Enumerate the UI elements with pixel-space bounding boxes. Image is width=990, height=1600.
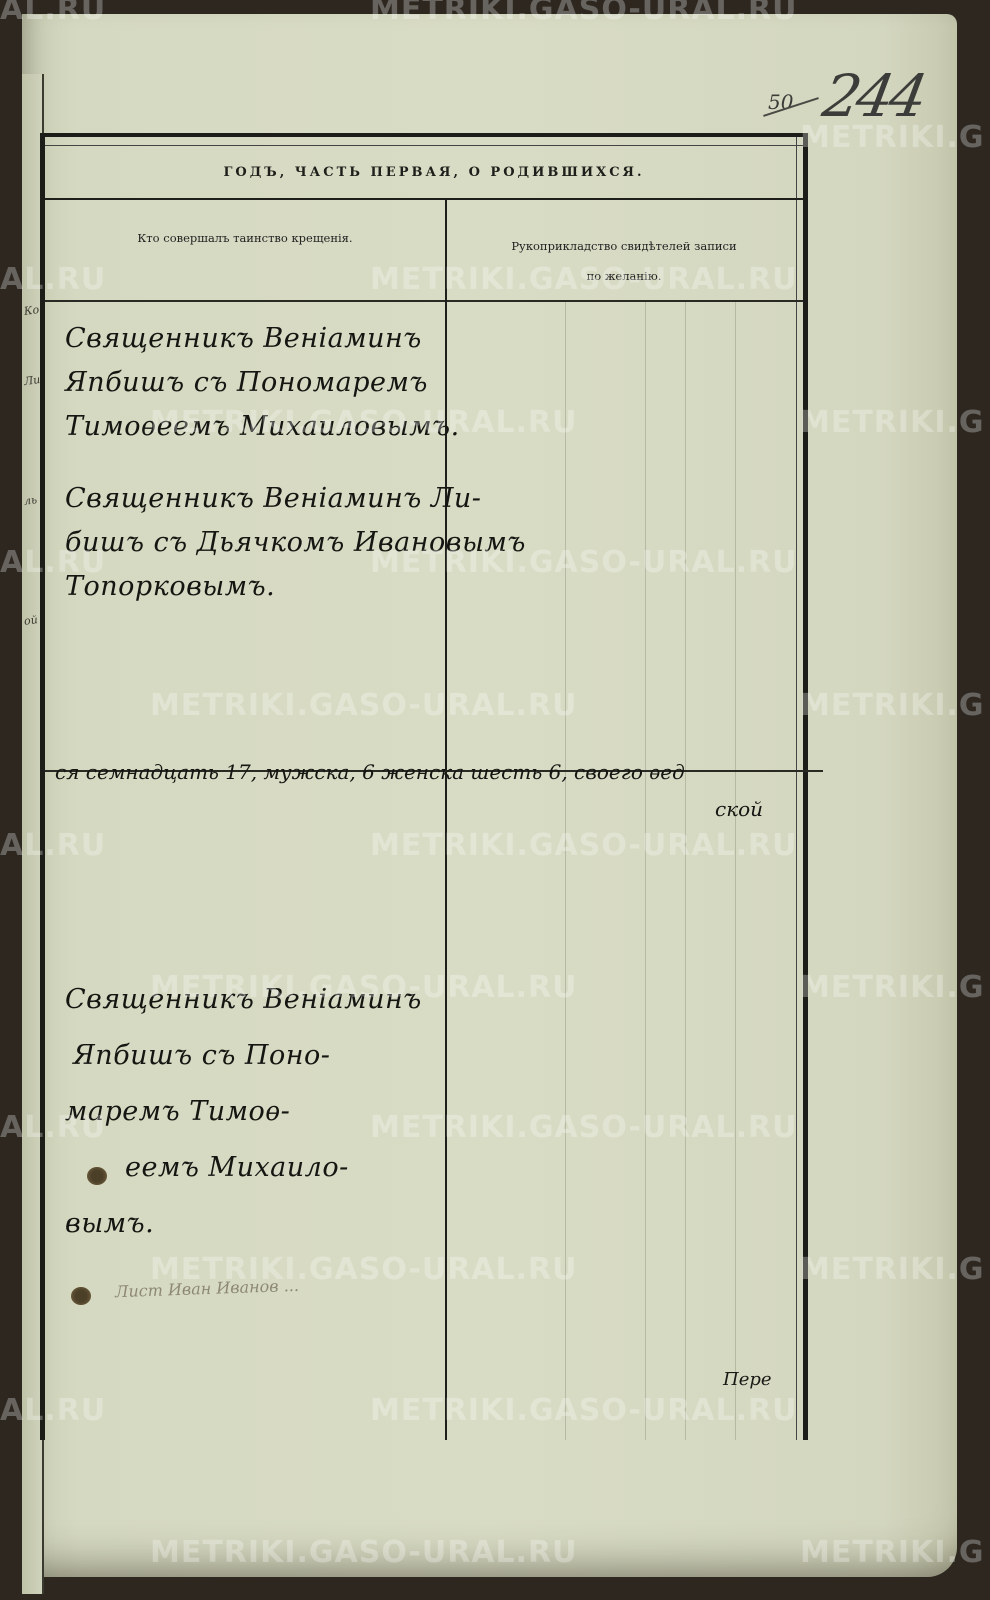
column-header-label: Кто совершалъ таинство крещенія. [137,231,352,245]
header-rule [45,300,803,302]
entry-line: вымъ. [65,1196,485,1252]
entry-3: Священникъ Веніаминъ Япбишъ съ Поно- мар… [65,972,485,1252]
column-header-witness-signatures: Рукоприкладство свидѣтелей записи по жел… [446,199,802,299]
ruled-line [685,302,686,1440]
column-header-baptism-officiant: Кто совершалъ таинство крещенія. [45,199,445,299]
edge-ink: Ли [23,373,41,388]
entry-line: маремъ Тимоѳ- [65,1084,485,1140]
entry-line: Священникъ Веніаминъ Ли- [65,477,485,521]
cross-row-continuation: ской [715,797,763,821]
ink-blot [71,1287,91,1305]
entry-line: Япбишъ съ Пономаремъ [65,361,485,405]
register-table: ГОДЪ, ЧАСТЬ ПЕРВАЯ, О РОДИВШИХСЯ. Кто со… [40,133,808,1440]
column-header-label-line1: Рукоприкладство свидѣтелей записи [511,231,736,261]
ink-blot [87,1167,107,1185]
entry-line: еемъ Михаило- [65,1140,485,1196]
edge-ink: Ко [23,303,40,318]
new-folio-number: 244 [818,62,929,130]
faded-bleedthrough-note: Лист Иван Иванов ... [115,1276,299,1301]
entry-2: Священникъ Веніаминъ Ли- бишъ съ Дьячком… [65,477,485,609]
entry-1: Священникъ Веніаминъ Япбишъ съ Пономарем… [65,317,485,449]
edge-ink: ой [23,613,38,628]
table-title: ГОДЪ, ЧАСТЬ ПЕРВАЯ, О РОДИВШИХСЯ. [223,165,644,180]
ruled-line [645,302,646,1440]
entry-line: Тимоѳеемъ Михаиловымъ. [65,405,485,449]
entry-line: бишъ съ Дьячкомъ Ивановымъ [65,521,485,565]
edge-ink: ль [23,493,38,508]
catchword: Пере [723,1369,772,1390]
entry-line: Япбишъ съ Поно- [65,1028,485,1084]
ruled-line [735,302,736,1440]
entry-line: Священникъ Веніаминъ [65,317,485,361]
entry-line: Топорковымъ. [65,565,485,609]
table-inner-border [796,137,797,1440]
entry-line: Священникъ Веніаминъ [65,972,485,1028]
ruled-line [565,302,566,1440]
column-header-label-line2: по желанію. [587,261,662,291]
table-title-row: ГОДЪ, ЧАСТЬ ПЕРВАЯ, О РОДИВШИХСЯ. [45,145,803,200]
cross-row-text: ся семнадцать 17, мужска, 6 женска шесть… [55,760,835,784]
